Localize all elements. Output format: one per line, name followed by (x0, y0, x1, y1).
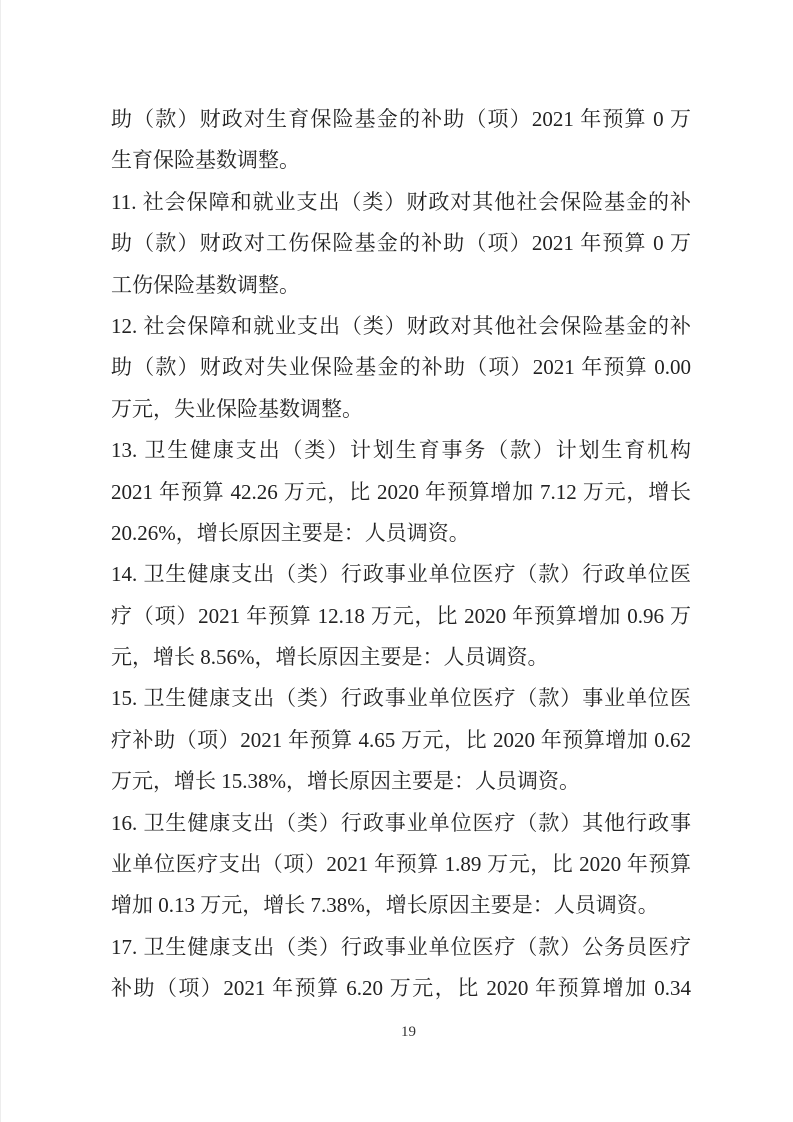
text-line: 生育保险基数调整。 (111, 140, 691, 181)
text-line: 万元，失业保险基数调整。 (111, 389, 691, 430)
text-line: 17. 卫生健康支出（类）行政事业单位医疗（款）公务员医疗 (111, 927, 691, 968)
text-line: 助（款）财政对生育保险基金的补助（项）2021 年预算 0 万元， (111, 99, 691, 140)
text-line: 11. 社会保障和就业支出（类）财政对其他社会保险基金的补 (111, 182, 691, 223)
text-line: 20.26%，增长原因主要是：人员调资。 (111, 513, 691, 554)
text-line: 13. 卫生健康支出（类）计划生育事务（款）计划生育机构（项） (111, 430, 691, 471)
text-line: 15. 卫生健康支出（类）行政事业单位医疗（款）事业单位医 (111, 678, 691, 719)
text-line: 业单位医疗支出（项）2021 年预算 1.89 万元，比 2020 年预算 (111, 844, 691, 885)
text-line: 元，增长 8.56%，增长原因主要是：人员调资。 (111, 637, 691, 678)
text-line: 万元，增长 15.38%，增长原因主要是：人员调资。 (111, 761, 691, 802)
document-page: 助（款）财政对生育保险基金的补助（项）2021 年预算 0 万元， 生育保险基数… (0, 0, 793, 1122)
text-line: 增加 0.13 万元，增长 7.38%，增长原因主要是：人员调资。 (111, 885, 691, 926)
text-line: 2021 年预算 42.26 万元，比 2020 年预算增加 7.12 万元，增… (111, 472, 691, 513)
page-number: 19 (1, 1022, 793, 1042)
text-line: 16. 卫生健康支出（类）行政事业单位医疗（款）其他行政事 (111, 803, 691, 844)
text-line: 12. 社会保障和就业支出（类）财政对其他社会保险基金的补 (111, 306, 691, 347)
text-line: 疗补助（项）2021 年预算 4.65 万元，比 2020 年预算增加 0.62 (111, 720, 691, 761)
text-line: 助（款）财政对工伤保险基金的补助（项）2021 年预算 0 万元， (111, 223, 691, 264)
text-line: 补助（项）2021 年预算 6.20 万元，比 2020 年预算增加 0.34 (111, 968, 691, 1009)
text-line: 工伤保险基数调整。 (111, 265, 691, 306)
document-body: 助（款）财政对生育保险基金的补助（项）2021 年预算 0 万元， 生育保险基数… (111, 99, 691, 1010)
text-line: 助（款）财政对失业保险基金的补助（项）2021 年预算 0.00 (111, 347, 691, 388)
text-line: 疗（项）2021 年预算 12.18 万元，比 2020 年预算增加 0.96 … (111, 596, 691, 637)
text-line: 14. 卫生健康支出（类）行政事业单位医疗（款）行政单位医 (111, 554, 691, 595)
